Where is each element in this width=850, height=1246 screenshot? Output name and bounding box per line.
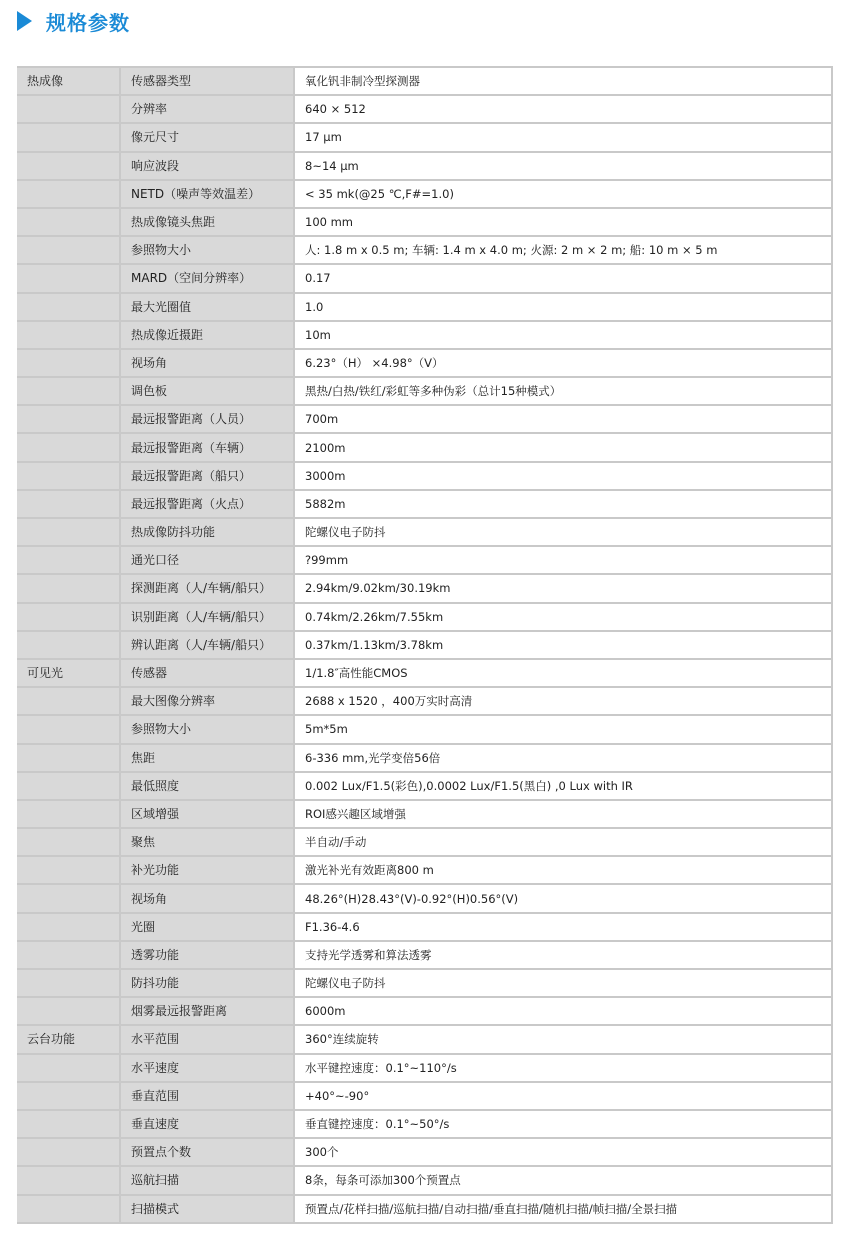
spec-param-cell: 防抖功能	[120, 969, 294, 997]
spec-param-cell: 最大图像分辨率	[120, 687, 294, 715]
spec-param-cell: 参照物大小	[120, 715, 294, 743]
table-row: 视场角48.26°(H)28.43°(V)-0.92°(H)0.56°(V)	[17, 884, 832, 912]
spec-param-cell: 视场角	[120, 349, 294, 377]
spec-param-cell: 探测距离（人/车辆/船只）	[120, 574, 294, 602]
spec-param-cell: 像元尺寸	[120, 123, 294, 151]
spec-group-cell	[17, 1138, 120, 1166]
spec-param-cell: 分辨率	[120, 95, 294, 123]
table-row: 通光口径?99mm	[17, 546, 832, 574]
table-row: 最远报警距离（车辆）2100m	[17, 433, 832, 461]
spec-group-cell	[17, 997, 120, 1025]
spec-param-cell: 调色板	[120, 377, 294, 405]
spec-param-cell: 最低照度	[120, 772, 294, 800]
spec-value-cell: 2100m	[294, 433, 832, 461]
spec-value-cell: 1.0	[294, 293, 832, 321]
table-row: 防抖功能陀螺仪电子防抖	[17, 969, 832, 997]
spec-group-cell	[17, 772, 120, 800]
spec-group-cell	[17, 95, 120, 123]
spec-value-cell: 激光补光有效距离800 m	[294, 856, 832, 884]
spec-value-cell: 360°连续旋转	[294, 1025, 832, 1053]
spec-group-cell	[17, 1195, 120, 1223]
spec-param-cell: NETD（噪声等效温差）	[120, 180, 294, 208]
table-row: 热成像近摄距10m	[17, 321, 832, 349]
spec-group-cell	[17, 264, 120, 292]
spec-group-cell	[17, 546, 120, 574]
spec-value-cell: 6.23°（H） ×4.98°（V）	[294, 349, 832, 377]
table-row: 最低照度0.002 Lux/F1.5(彩色),0.0002 Lux/F1.5(黑…	[17, 772, 832, 800]
spec-group-cell	[17, 293, 120, 321]
table-row: 可见光传感器1/1.8″高性能CMOS	[17, 659, 832, 687]
spec-value-cell: 700m	[294, 405, 832, 433]
spec-value-cell: 0.002 Lux/F1.5(彩色),0.0002 Lux/F1.5(黑白) ,…	[294, 772, 832, 800]
spec-param-cell: 传感器类型	[120, 67, 294, 95]
spec-param-cell: 最大光圈值	[120, 293, 294, 321]
table-row: 烟雾最远报警距离6000m	[17, 997, 832, 1025]
spec-group-cell	[17, 1054, 120, 1082]
spec-group-cell	[17, 715, 120, 743]
spec-param-cell: 区域增强	[120, 800, 294, 828]
spec-group-cell	[17, 180, 120, 208]
table-row: 云台功能水平范围360°连续旋转	[17, 1025, 832, 1053]
spec-param-cell: 最远报警距离（火点）	[120, 490, 294, 518]
spec-param-cell: 光圈	[120, 913, 294, 941]
spec-value-cell: 陀螺仪电子防抖	[294, 518, 832, 546]
spec-group-cell	[17, 969, 120, 997]
table-row: 热成像防抖功能陀螺仪电子防抖	[17, 518, 832, 546]
spec-group-cell: 云台功能	[17, 1025, 120, 1053]
spec-param-cell: 巡航扫描	[120, 1166, 294, 1194]
spec-param-cell: 传感器	[120, 659, 294, 687]
table-row: 分辨率640 × 512	[17, 95, 832, 123]
spec-param-cell: MARD（空间分辨率）	[120, 264, 294, 292]
spec-param-cell: 聚焦	[120, 828, 294, 856]
spec-value-cell: ?99mm	[294, 546, 832, 574]
triangle-right-icon	[17, 11, 32, 31]
spec-value-cell: 10m	[294, 321, 832, 349]
table-row: 水平速度水平键控速度：0.1°~110°/s	[17, 1054, 832, 1082]
table-row: 探测距离（人/车辆/船只）2.94km/9.02km/30.19km	[17, 574, 832, 602]
spec-group-cell	[17, 913, 120, 941]
spec-group-cell	[17, 152, 120, 180]
spec-value-cell: 支持光学透雾和算法透雾	[294, 941, 832, 969]
spec-group-cell	[17, 574, 120, 602]
spec-value-cell: 1/1.8″高性能CMOS	[294, 659, 832, 687]
table-row: 参照物大小人: 1.8 m x 0.5 m; 车辆: 1.4 m x 4.0 m…	[17, 236, 832, 264]
spec-param-cell: 透雾功能	[120, 941, 294, 969]
spec-value-cell: 2.94km/9.02km/30.19km	[294, 574, 832, 602]
spec-group-cell	[17, 1082, 120, 1110]
table-row: 热成像镜头焦距100 mm	[17, 208, 832, 236]
spec-group-cell	[17, 123, 120, 151]
table-row: 参照物大小5m*5m	[17, 715, 832, 743]
spec-param-cell: 识别距离（人/车辆/船只）	[120, 603, 294, 631]
table-row: 辨认距离（人/车辆/船只）0.37km/1.13km/3.78km	[17, 631, 832, 659]
spec-group-cell	[17, 856, 120, 884]
spec-param-cell: 热成像近摄距	[120, 321, 294, 349]
spec-value-cell: 人: 1.8 m x 0.5 m; 车辆: 1.4 m x 4.0 m; 火源:…	[294, 236, 832, 264]
spec-table-body: 热成像传感器类型氧化钒非制冷型探测器分辨率640 × 512像元尺寸17 μm响…	[17, 67, 832, 1223]
table-row: 视场角6.23°（H） ×4.98°（V）	[17, 349, 832, 377]
spec-param-cell: 水平范围	[120, 1025, 294, 1053]
table-row: 光圈F1.36-4.6	[17, 913, 832, 941]
spec-value-cell: 100 mm	[294, 208, 832, 236]
spec-value-cell: 640 × 512	[294, 95, 832, 123]
spec-group-cell	[17, 603, 120, 631]
spec-group-cell	[17, 349, 120, 377]
spec-value-cell: < 35 mk(@25 ℃,F#=1.0)	[294, 180, 832, 208]
spec-group-cell	[17, 744, 120, 772]
spec-group-cell: 热成像	[17, 67, 120, 95]
table-row: 识别距离（人/车辆/船只）0.74km/2.26km/7.55km	[17, 603, 832, 631]
spec-param-cell: 最远报警距离（车辆）	[120, 433, 294, 461]
spec-value-cell: 黑热/白热/铁红/彩虹等多种伪彩（总计15种模式）	[294, 377, 832, 405]
spec-param-cell: 扫描模式	[120, 1195, 294, 1223]
spec-param-cell: 水平速度	[120, 1054, 294, 1082]
spec-param-cell: 最远报警距离（人员）	[120, 405, 294, 433]
spec-group-cell	[17, 490, 120, 518]
section-header: 规格参数	[17, 6, 130, 36]
spec-param-cell: 焦距	[120, 744, 294, 772]
table-row: 热成像传感器类型氧化钒非制冷型探测器	[17, 67, 832, 95]
spec-value-cell: 3000m	[294, 462, 832, 490]
table-row: 扫描模式预置点/花样扫描/巡航扫描/自动扫描/垂直扫描/随机扫描/帧扫描/全景扫…	[17, 1195, 832, 1223]
spec-value-cell: 半自动/手动	[294, 828, 832, 856]
spec-value-cell: 6-336 mm,光学变倍56倍	[294, 744, 832, 772]
table-row: 聚焦半自动/手动	[17, 828, 832, 856]
spec-group-cell	[17, 236, 120, 264]
spec-group-cell	[17, 208, 120, 236]
spec-group-cell	[17, 1166, 120, 1194]
table-row: 透雾功能支持光学透雾和算法透雾	[17, 941, 832, 969]
spec-group-cell	[17, 631, 120, 659]
spec-value-cell: 0.74km/2.26km/7.55km	[294, 603, 832, 631]
table-row: 响应波段8~14 μm	[17, 152, 832, 180]
table-row: 最大图像分辨率2688 x 1520 ，400万实时高清	[17, 687, 832, 715]
spec-value-cell: 水平键控速度：0.1°~110°/s	[294, 1054, 832, 1082]
spec-param-cell: 热成像镜头焦距	[120, 208, 294, 236]
spec-param-cell: 烟雾最远报警距离	[120, 997, 294, 1025]
table-row: 最远报警距离（人员）700m	[17, 405, 832, 433]
spec-value-cell: 垂直键控速度：0.1°~50°/s	[294, 1110, 832, 1138]
spec-group-cell	[17, 941, 120, 969]
table-row: 调色板黑热/白热/铁红/彩虹等多种伪彩（总计15种模式）	[17, 377, 832, 405]
spec-value-cell: 17 μm	[294, 123, 832, 151]
spec-param-cell: 垂直速度	[120, 1110, 294, 1138]
table-row: 最大光圈值1.0	[17, 293, 832, 321]
spec-value-cell: 48.26°(H)28.43°(V)-0.92°(H)0.56°(V)	[294, 884, 832, 912]
spec-value-cell: 5m*5m	[294, 715, 832, 743]
spec-param-cell: 热成像防抖功能	[120, 518, 294, 546]
table-row: 补光功能激光补光有效距离800 m	[17, 856, 832, 884]
spec-group-cell	[17, 405, 120, 433]
spec-value-cell: 陀螺仪电子防抖	[294, 969, 832, 997]
spec-param-cell: 补光功能	[120, 856, 294, 884]
spec-group-cell	[17, 1110, 120, 1138]
spec-group-cell	[17, 884, 120, 912]
section-title: 规格参数	[46, 7, 130, 36]
spec-group-cell	[17, 433, 120, 461]
spec-value-cell: ROI感兴趣区域增强	[294, 800, 832, 828]
spec-group-cell	[17, 828, 120, 856]
spec-value-cell: 6000m	[294, 997, 832, 1025]
spec-group-cell	[17, 462, 120, 490]
table-row: 区域增强ROI感兴趣区域增强	[17, 800, 832, 828]
spec-param-cell: 响应波段	[120, 152, 294, 180]
spec-group-cell	[17, 687, 120, 715]
spec-param-cell: 垂直范围	[120, 1082, 294, 1110]
table-row: 预置点个数300个	[17, 1138, 832, 1166]
spec-group-cell: 可见光	[17, 659, 120, 687]
spec-param-cell: 通光口径	[120, 546, 294, 574]
spec-value-cell: 2688 x 1520 ，400万实时高清	[294, 687, 832, 715]
spec-group-cell	[17, 377, 120, 405]
spec-group-cell	[17, 518, 120, 546]
spec-value-cell: 8~14 μm	[294, 152, 832, 180]
spec-value-cell: 8条，每条可添加300个预置点	[294, 1166, 832, 1194]
spec-value-cell: 0.37km/1.13km/3.78km	[294, 631, 832, 659]
spec-param-cell: 预置点个数	[120, 1138, 294, 1166]
spec-group-cell	[17, 800, 120, 828]
table-row: 最远报警距离（船只）3000m	[17, 462, 832, 490]
spec-value-cell: +40°~-90°	[294, 1082, 832, 1110]
spec-table: 热成像传感器类型氧化钒非制冷型探测器分辨率640 × 512像元尺寸17 μm响…	[17, 66, 833, 1224]
table-row: 像元尺寸17 μm	[17, 123, 832, 151]
table-row: 最远报警距离（火点）5882m	[17, 490, 832, 518]
spec-value-cell: 5882m	[294, 490, 832, 518]
table-row: 巡航扫描8条，每条可添加300个预置点	[17, 1166, 832, 1194]
spec-param-cell: 参照物大小	[120, 236, 294, 264]
spec-value-cell: 0.17	[294, 264, 832, 292]
spec-group-cell	[17, 321, 120, 349]
table-row: 垂直范围+40°~-90°	[17, 1082, 832, 1110]
table-row: MARD（空间分辨率）0.17	[17, 264, 832, 292]
spec-param-cell: 视场角	[120, 884, 294, 912]
spec-param-cell: 最远报警距离（船只）	[120, 462, 294, 490]
spec-value-cell: F1.36-4.6	[294, 913, 832, 941]
table-row: 焦距6-336 mm,光学变倍56倍	[17, 744, 832, 772]
spec-value-cell: 预置点/花样扫描/巡航扫描/自动扫描/垂直扫描/随机扫描/帧扫描/全景扫描	[294, 1195, 832, 1223]
spec-param-cell: 辨认距离（人/车辆/船只）	[120, 631, 294, 659]
table-row: NETD（噪声等效温差） < 35 mk(@25 ℃,F#=1.0)	[17, 180, 832, 208]
spec-value-cell: 氧化钒非制冷型探测器	[294, 67, 832, 95]
spec-value-cell: 300个	[294, 1138, 832, 1166]
table-row: 垂直速度垂直键控速度：0.1°~50°/s	[17, 1110, 832, 1138]
